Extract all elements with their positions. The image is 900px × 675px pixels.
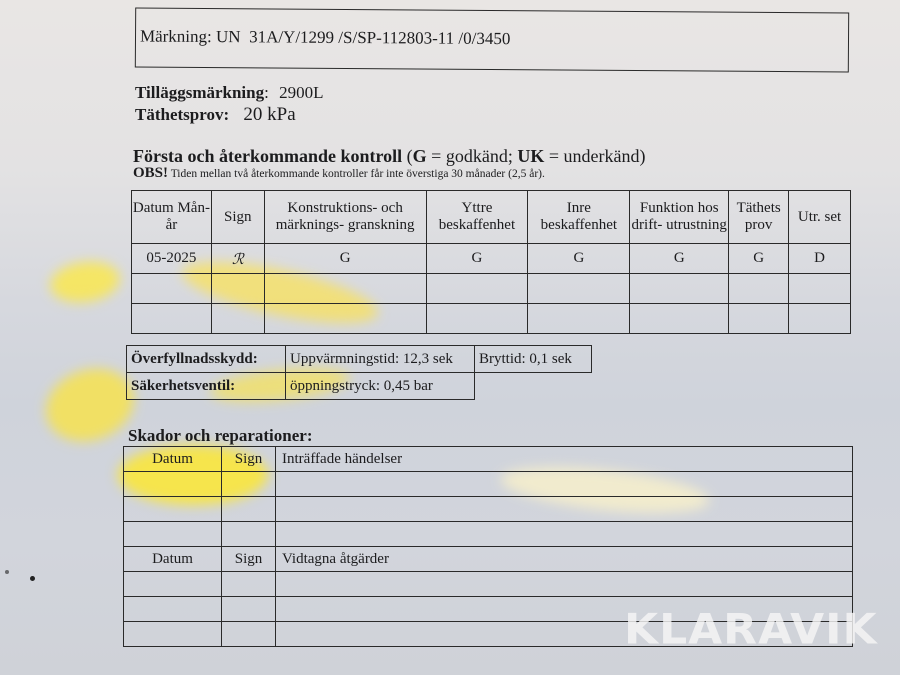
cell-empty [132,304,212,334]
cell-external: G [426,244,528,274]
cell-empty [124,622,222,647]
cell-empty [222,597,276,622]
overfill-label: Överfyllnadsskydd: [127,346,286,373]
marking-label: Märkning: [140,27,212,47]
valve-pressure: öppningstryck: 0,45 bar [286,373,475,400]
obs-text: Tiden mellan två återkommande kontroller… [171,168,545,180]
legend-uk: UK [517,146,544,166]
inspection-header-row: Datum Mån-år Sign Konstruktions- och mär… [132,191,851,244]
cell-empty [124,597,222,622]
cell-empty [276,497,853,522]
cell-empty [528,274,630,304]
cell-empty [264,274,426,304]
table-row [132,304,851,334]
cell-date: 05-2025 [132,244,212,274]
inspection-table: Datum Mån-år Sign Konstruktions- och mär… [131,190,851,334]
cell-empty [276,472,853,497]
cell-empty [630,304,729,334]
legend-g: G [413,146,427,166]
cell-empty [630,274,729,304]
cell-construction: G [264,244,426,274]
marking-value: UN 31A/Y/1299 /S/SP-112803-11 /0/3450 [216,27,511,48]
cell-tightness: G [729,244,789,274]
actions-col-date: Datum [124,547,222,572]
cell-empty [426,304,528,334]
additional-marking: Tilläggsmärkning: 2900L [135,83,324,103]
cell-empty [124,472,222,497]
cell-empty [222,522,276,547]
legend-uk-text: = underkänd) [544,146,645,166]
cell-empty [124,572,222,597]
overfill-row: Överfyllnadsskydd: Uppvärmningstid: 12,3… [127,346,592,373]
cell-empty [276,572,853,597]
actions-header-row: Datum Sign Vidtagna åtgärder [124,547,853,572]
cell-empty [124,497,222,522]
tightness-test: Täthetsprov: 20 kPa [135,104,296,126]
stain-dot [5,570,9,574]
table-row [124,472,853,497]
actions-col-sign: Sign [222,547,276,572]
marking-line: Märkning: UN 31A/Y/1299 /S/SP-112803-11 … [140,27,511,50]
col-tightness: Täthets prov [729,191,789,244]
colon: : [264,83,269,102]
cell-empty [276,522,853,547]
obs-note: OBS! Tiden mellan två återkommande kontr… [133,165,545,182]
cell-empty [132,274,212,304]
tightness-test-value: 20 kPa [243,104,295,125]
table-row [124,522,853,547]
col-internal: Inre beskaffenhet [528,191,630,244]
cell-expiry: D [789,244,851,274]
tightness-test-label: Täthetsprov: [135,105,229,124]
table-row [132,274,851,304]
cell-signature: ℛ [211,244,264,274]
cell-empty [222,622,276,647]
cell-empty [264,304,426,334]
cell-empty [528,304,630,334]
cell-empty [426,274,528,304]
events-col-sign: Sign [222,447,276,472]
cell-empty [729,274,789,304]
marking-box: Märkning: UN 31A/Y/1299 /S/SP-112803-11 … [135,8,849,73]
col-date: Datum Mån-år [132,191,212,244]
watermark-logo: KLARAVIK [624,605,878,653]
sun-glare [48,257,123,306]
col-expiry: Utr. set [789,191,851,244]
events-col-description: Inträffade händelser [276,447,853,472]
cell-empty [211,274,264,304]
overfill-heating: Uppvärmningstid: 12,3 sek [286,346,475,373]
obs-label: OBS! [133,165,168,181]
cell-empty [222,572,276,597]
empty-cell [475,373,592,400]
legend-g-text: = godkänd; [427,146,518,166]
events-col-date: Datum [124,447,222,472]
valve-row: Säkerhetsventil: öppningstryck: 0,45 bar [127,373,592,400]
cell-internal: G [528,244,630,274]
valve-label: Säkerhetsventil: [127,373,286,400]
table-row [124,572,853,597]
cell-empty [789,304,851,334]
actions-col-description: Vidtagna åtgärder [276,547,853,572]
col-construction: Konstruktions- och märknings- granskning [264,191,426,244]
inspection-heading-text: Första och återkommande kontroll [133,146,402,166]
cell-empty [729,304,789,334]
protection-table: Överfyllnadsskydd: Uppvärmningstid: 12,3… [126,345,592,400]
col-function: Funktion hos drift- utrustning [630,191,729,244]
overfill-break: Bryttid: 0,1 sek [475,346,592,373]
cell-empty [211,304,264,334]
additional-marking-label: Tilläggsmärkning [135,83,264,102]
col-external: Yttre beskaffenhet [426,191,528,244]
cell-empty [124,522,222,547]
legend-open: ( [402,146,413,166]
inspection-heading: Första och återkommande kontroll (G = go… [133,146,645,167]
stain-dot [30,576,35,581]
cell-empty [222,472,276,497]
col-sign: Sign [211,191,264,244]
cell-empty [789,274,851,304]
table-row: 05-2025 ℛ G G G G G D [132,244,851,274]
damage-heading: Skador och reparationer: [128,426,312,446]
additional-marking-value: 2900L [279,83,323,102]
table-row [124,497,853,522]
cell-empty [222,497,276,522]
events-header-row: Datum Sign Inträffade händelser [124,447,853,472]
cell-function: G [630,244,729,274]
